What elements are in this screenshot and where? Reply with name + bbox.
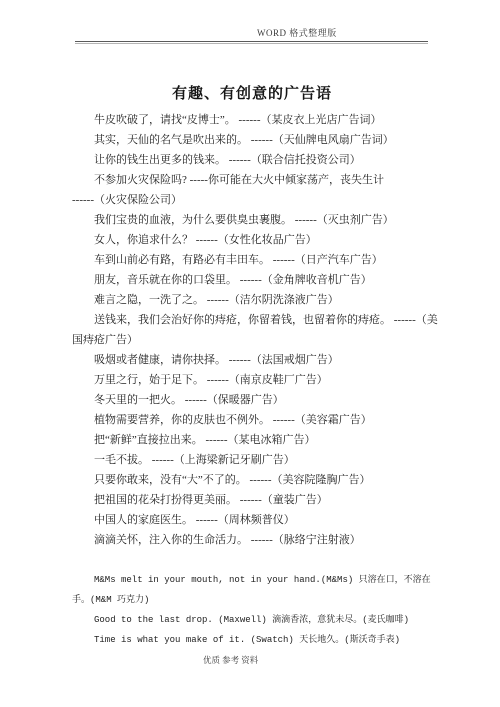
body-line: ------（火灾保险公司）	[72, 190, 432, 210]
body-line: 中国人的家庭医生。 ------（周林频普仪）	[72, 510, 432, 530]
blank-line	[72, 550, 432, 570]
body-line: 只要你敢来，没有“大”不了的。 ------（美容院隆胸广告）	[72, 470, 432, 490]
body-line: Good to the last drop. (Maxwell) 滴滴香浓，意犹…	[72, 610, 432, 630]
body-line: 一毛不拔。 ------（上海梁新记牙刷广告）	[72, 450, 432, 470]
document-title: 有趣、有创意的广告语	[72, 84, 432, 104]
body-line: 牛皮吹破了，请找“皮博士”。 ------（某皮衣上光店广告词）	[72, 110, 432, 130]
body-line: 朋友，音乐就在你的口袋里。 ------（金角牌收音机广告）	[72, 270, 432, 290]
body-line: Time is what you make of it. (Swatch) 天长…	[72, 630, 432, 650]
body-line: 滴滴关怀，注入你的生命活力。 ------（脉络宁注射液）	[72, 530, 432, 550]
body-line: 把祖国的花朵打扮得更美丽。 ------（童装广告）	[72, 490, 432, 510]
header-divider-line	[75, 41, 428, 44]
body-line: 车到山前必有路，有路必有丰田车。 ------（日产汽车广告）	[72, 250, 432, 270]
body-line: 把“新鲜”直接拉出来。 ------（某电冰箱广告）	[72, 430, 432, 450]
body-line: 冬天里的一把火。 ------（保暖器广告）	[72, 390, 432, 410]
body-line: 我们宝贵的血液，为什么要供臭虫裹腹。 ------（灭虫剂广告）	[72, 210, 432, 230]
body-line: 女人，你追求什么？ ------（女性化妆品广告）	[72, 230, 432, 250]
body-line: 国痔疮广告）	[72, 330, 432, 350]
document-page: WORD 格式整理版 有趣、有创意的广告语 牛皮吹破了，请找“皮博士”。 ---…	[0, 0, 500, 707]
body-line: 难言之隐，一洗了之。 ------（洁尔阴洗涤液广告）	[72, 290, 432, 310]
body-line: 植物需要营养，你的皮肤也不例外。 ------（美容霜广告）	[72, 410, 432, 430]
body-line: 万里之行，始于足下。 ------（南京皮鞋厂广告）	[72, 370, 432, 390]
page-footer-text: 优质 参考 资料	[203, 654, 258, 666]
body-line: M&Ms melt in your mouth, not in your han…	[72, 570, 432, 590]
body-line: 送钱来，我们会治好你的痔疮，你留着钱，也留着你的痔疮。 ------（美	[72, 310, 432, 330]
body-line: 不参加火灾保险吗? -----你可能在大火中倾家荡产，丧失生计	[72, 170, 432, 190]
body-line: 吸烟或者健康，请你抉择。 ------（法国戒烟广告）	[72, 350, 432, 370]
body-line: 让你的钱生出更多的钱来。 ------（联合信托投资公司）	[72, 150, 432, 170]
page-header-text: WORD 格式整理版	[257, 26, 337, 39]
document-body: 有趣、有创意的广告语 牛皮吹破了，请找“皮博士”。 ------（某皮衣上光店广…	[72, 84, 432, 650]
body-lines: 牛皮吹破了，请找“皮博士”。 ------（某皮衣上光店广告词）其实，天仙的名气…	[72, 110, 432, 650]
body-line: 手。(M&M 巧克力)	[72, 590, 432, 610]
body-line: 其实，天仙的名气是吹出来的。 ------（天仙牌电风扇广告词）	[72, 130, 432, 150]
